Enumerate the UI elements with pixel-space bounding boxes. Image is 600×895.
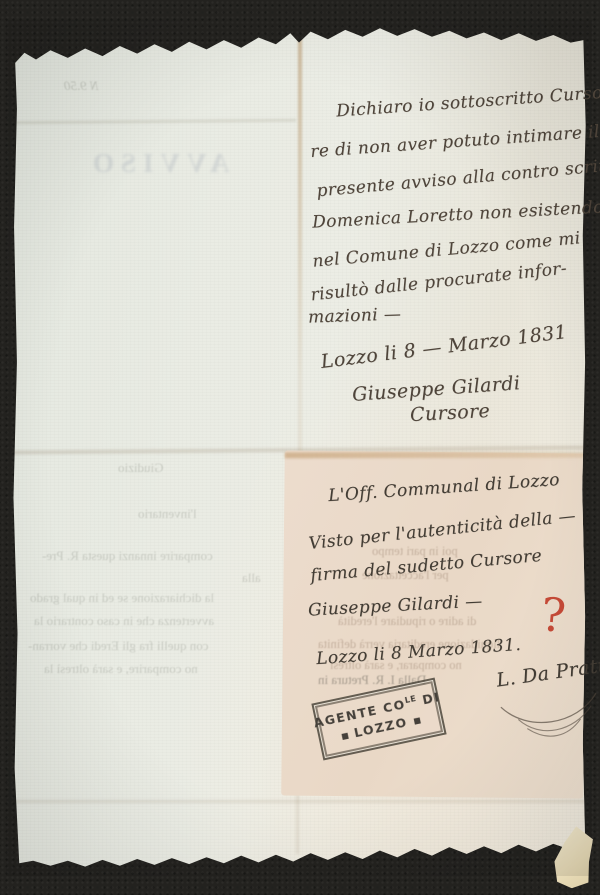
horizontal-crease-bottom — [12, 800, 586, 803]
vertical-fold-line — [298, 24, 302, 464]
showthrough-line: avvertenza che in caso contrario la — [34, 613, 214, 629]
showthrough-line: con quelli fra gli Eredi che vorran- — [28, 638, 208, 654]
showthrough-number: N 9.50 — [64, 78, 99, 94]
showthrough-line: no comparire, e sarà oltresì la — [44, 661, 198, 677]
showthrough-line: la dichiarazione se ed in qual grado — [30, 590, 214, 606]
document-photo: N 9.50 AVVISO Giudizio l'inventario comp… — [0, 0, 600, 895]
stamp-ornament-icon: ■ — [340, 731, 349, 741]
showthrough-line: comparire innanzi questa R. Pre- — [42, 548, 213, 564]
showthrough-heading: AVVISO — [86, 148, 230, 179]
showthrough-line: l'inventario — [138, 506, 197, 522]
stamp-ornament-icon: ■ — [412, 716, 421, 726]
stamp-text: DI — [415, 689, 441, 709]
manuscript-line: mazioni — — [308, 304, 402, 327]
fold-edge-crease — [285, 452, 587, 459]
cursore-signature-role: Cursore — [409, 400, 490, 426]
red-question-mark: ? — [539, 587, 568, 643]
showthrough-line: alla — [242, 570, 261, 586]
showthrough-line: Giudizio — [118, 460, 164, 476]
